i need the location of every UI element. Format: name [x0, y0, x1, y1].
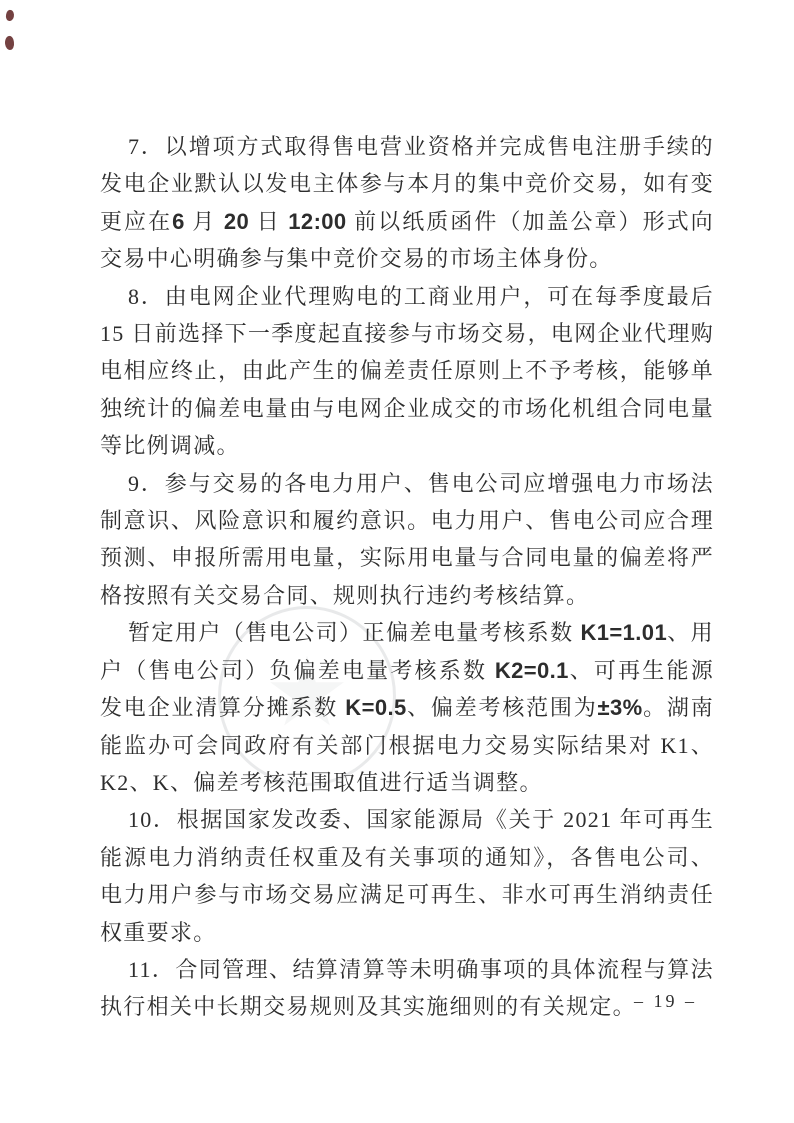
page-number: – 19 – — [634, 991, 697, 1012]
text-run: 日 — [249, 209, 288, 234]
text-run: 8．由电网企业代理购电的工商业用户，可在每季度最后 15 日前选择下一季度起直接… — [100, 284, 714, 459]
text-run: K1=1.01 — [580, 620, 667, 645]
text-run: 20 — [224, 209, 249, 234]
text-run: 、偏差考核范围为 — [407, 695, 598, 720]
text-run: 9．参与交易的各电力用户、售电公司应增强电力市场法制意识、风险意识和履约意识。电… — [100, 471, 714, 608]
document-body: 7．以增项方式取得售电营业资格并完成售电注册手续的发电企业默认以发电主体参与本月… — [100, 128, 714, 1026]
text-run: ±3% — [598, 695, 643, 720]
text-run: 11．合同管理、结算清算等未明确事项的具体流程与算法执行相关中长期交易规则及其实… — [100, 957, 714, 1019]
text-run: K=0.5 — [345, 695, 406, 720]
text-run: 10．根据国家发改委、国家能源局《关于 2021 年可再生能源电力消纳责任权重及… — [100, 807, 714, 944]
text-run: 12:00 — [288, 209, 346, 234]
paragraph-item-10: 10．根据国家发改委、国家能源局《关于 2021 年可再生能源电力消纳责任权重及… — [100, 801, 714, 951]
paragraph-item-9: 9．参与交易的各电力用户、售电公司应增强电力市场法制意识、风险意识和履约意识。电… — [100, 465, 714, 615]
text-run: 暂定用户（售电公司）正偏差电量考核系数 — [128, 620, 580, 645]
paragraph-item-7: 7．以增项方式取得售电营业资格并完成售电注册手续的发电企业默认以发电主体参与本月… — [100, 128, 714, 278]
text-run: 6 — [172, 209, 185, 234]
paragraph-item-8: 8．由电网企业代理购电的工商业用户，可在每季度最后 15 日前选择下一季度起直接… — [100, 278, 714, 465]
paragraph-item-11: 11．合同管理、结算清算等未明确事项的具体流程与算法执行相关中长期交易规则及其实… — [100, 951, 714, 1026]
document-page: ★ 7．以增项方式取得售电营业资格并完成售电注册手续的发电企业默认以发电主体参与… — [0, 0, 794, 1123]
paragraph-coefficients: 暂定用户（售电公司）正偏差电量考核系数 K1=1.01、用户（售电公司）负偏差电… — [100, 614, 714, 801]
ink-stain-icon — [5, 9, 15, 21]
text-run: K2=0.1 — [495, 658, 569, 683]
text-run: 月 — [185, 209, 224, 234]
ink-stain-icon — [4, 35, 15, 50]
